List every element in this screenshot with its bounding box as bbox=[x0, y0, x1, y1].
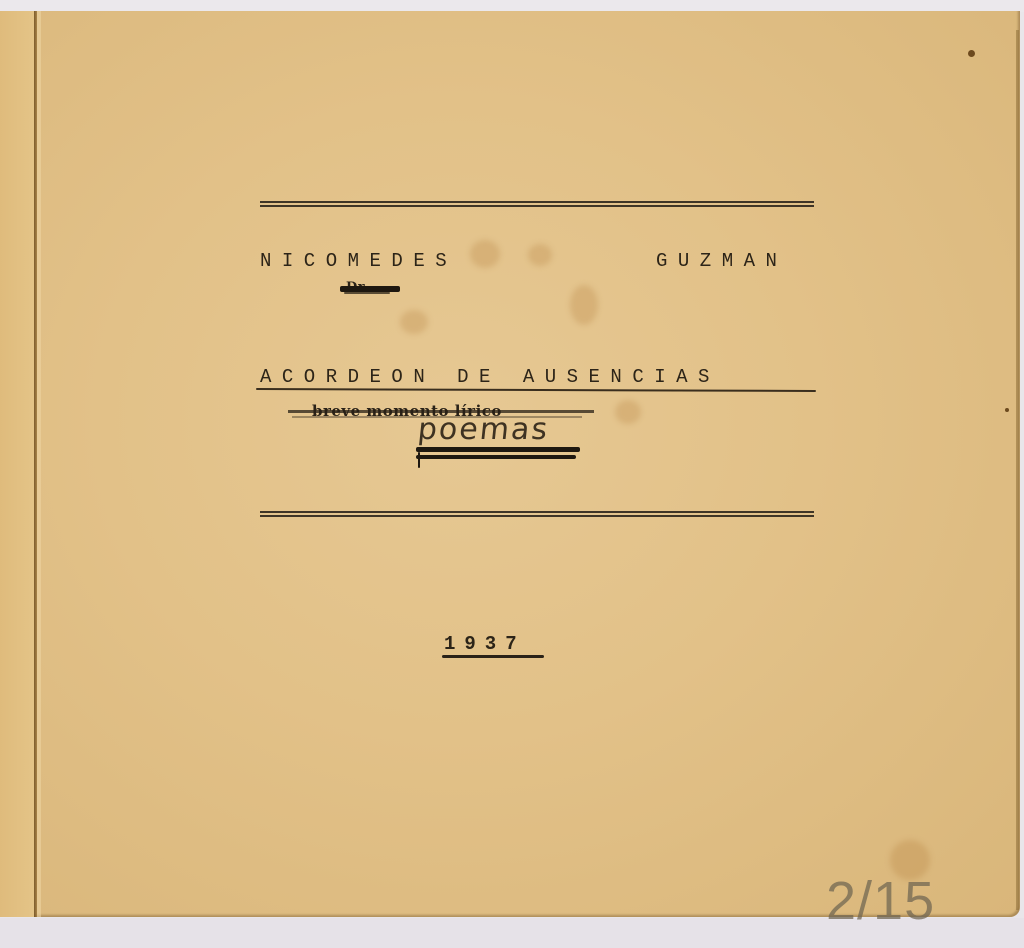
handwritten-subtitle: poemas bbox=[416, 412, 551, 447]
page-right-edge bbox=[1016, 30, 1019, 910]
page-counter: 2/15 bbox=[826, 874, 935, 928]
document-title: ACORDEON DE AUSENCIAS bbox=[260, 366, 720, 388]
paper-spot bbox=[968, 50, 975, 57]
paper-stain bbox=[470, 240, 500, 268]
author-first-name: NICOMEDES bbox=[260, 250, 457, 272]
document-page bbox=[0, 11, 1020, 917]
page-fold-highlight bbox=[37, 11, 41, 917]
left-page-flap bbox=[0, 11, 34, 917]
paper-stain bbox=[400, 310, 428, 334]
year-underline bbox=[442, 655, 544, 658]
top-double-rule bbox=[260, 201, 814, 207]
ink-scribble bbox=[418, 452, 420, 468]
ink-scribble bbox=[416, 447, 580, 452]
paper-stain bbox=[615, 400, 641, 424]
author-last-name: GUZMAN bbox=[656, 250, 787, 272]
paper-stain bbox=[528, 244, 552, 266]
paper-stain bbox=[570, 285, 598, 325]
ink-scribble bbox=[344, 292, 390, 294]
ink-scribble bbox=[416, 455, 576, 459]
paper-spot bbox=[1005, 408, 1009, 412]
publication-year: 1937 bbox=[444, 633, 526, 655]
bottom-double-rule bbox=[260, 511, 814, 517]
